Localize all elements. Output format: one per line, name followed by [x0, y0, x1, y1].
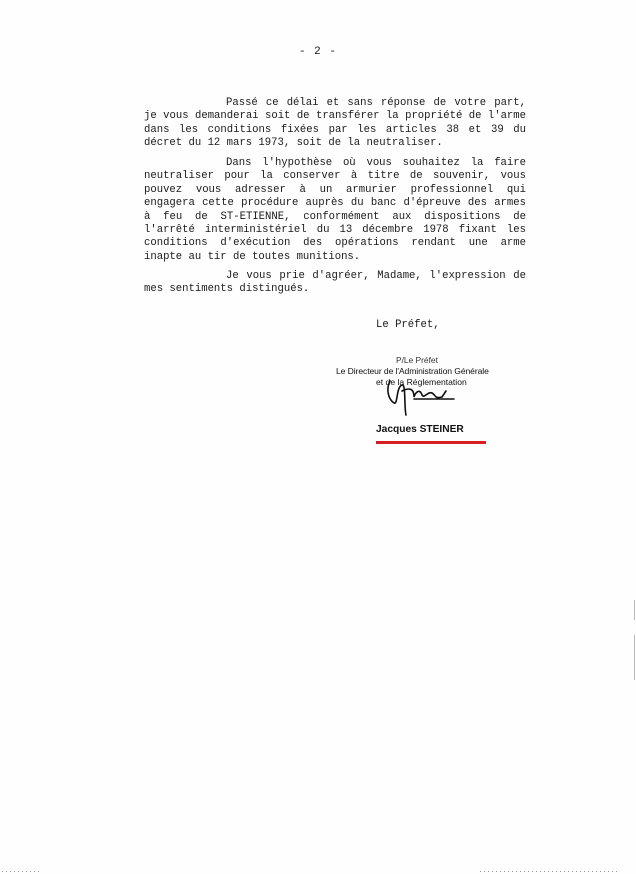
signer-underline [376, 441, 486, 444]
handwritten-signature-icon [384, 377, 474, 417]
closing-title: Le Préfet, [376, 319, 440, 331]
page-number: - 2 - [0, 46, 636, 58]
paragraph-text: Je vous prie d'agréer, Madame, l'express… [144, 270, 526, 295]
paragraph-text: Dans l'hypothèse où vous souhaitez la fa… [144, 157, 526, 263]
paragraph-transfer-or-neutralize: Passé ce délai et sans réponse de votre … [144, 97, 526, 151]
scan-artifact [480, 871, 620, 872]
scan-artifact [634, 600, 635, 620]
scan-artifact [2, 871, 40, 872]
paragraph-closing-formula: Je vous prie d'agréer, Madame, l'express… [144, 270, 526, 297]
paragraph-text: Passé ce délai et sans réponse de votre … [144, 97, 526, 149]
paragraph-neutralization-procedure: Dans l'hypothèse où vous souhaitez la fa… [144, 157, 526, 264]
signer-name: Jacques STEINER [376, 424, 464, 435]
scan-artifact [634, 635, 635, 680]
stamp-line-director: Le Directeur de l'Administration Général… [336, 366, 489, 376]
stamp-line-delegation: P/Le Préfet [396, 355, 438, 365]
